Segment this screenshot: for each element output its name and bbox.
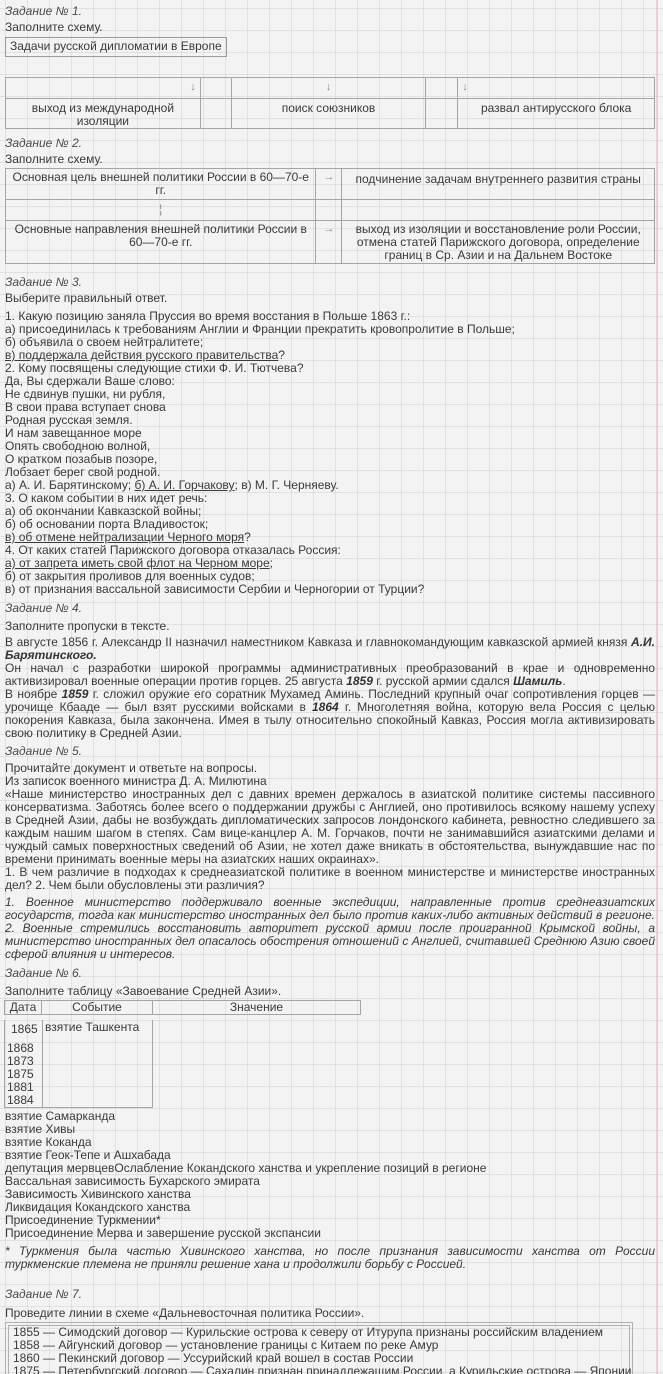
task-3-title: Задание № 3.: [5, 274, 655, 290]
arrow-right-icon: →: [316, 221, 342, 264]
task-6-instruction: Заполните таблицу «Завоевание Средней Аз…: [5, 983, 655, 1000]
task-1: Задание № 1. Заполните схему. Задачи рус…: [5, 3, 655, 57]
task-4-paragraph-1: В августе 1856 г. Александр II назначил …: [5, 636, 655, 662]
far-east-scheme: 1855 — Симодский договор — Курильские ос…: [5, 1322, 633, 1374]
spacer-cell: [200, 78, 231, 99]
spacer-cell: [316, 200, 342, 221]
spacer-cell: [426, 78, 458, 99]
task-4: Задание № 4. Заполните пропуски в тексте…: [5, 600, 655, 740]
filled-blank: 1859: [62, 687, 89, 701]
scheme-item: выход из международной изоляции: [6, 99, 201, 129]
scheme-item: поиск союзников: [231, 99, 426, 129]
arrow-down-icon: ↓: [6, 78, 201, 99]
scheme-label: Основные направления внешней политики Ро…: [6, 221, 316, 264]
date-cell: 1865: [11, 1023, 38, 1036]
scheme-label: Основная цель внешней политики России в …: [6, 169, 316, 200]
task-2-scheme: Основная цель внешней политики России в …: [5, 168, 655, 264]
correct-answer: в) поддержала действия русского правител…: [5, 348, 278, 362]
task-4-paragraph-3: В ноябре 1859 г. сложил оружие его сорат…: [5, 688, 655, 740]
footnote: * Туркмения была частью Хивинского ханст…: [5, 1245, 655, 1271]
task-1-instruction: Заполните схему.: [5, 19, 655, 36]
answer-option: а) А. И. Барятинскому;: [5, 478, 135, 492]
task-5-questions: 1. В чем различие в подходах к среднеази…: [5, 866, 655, 892]
task-4-paragraph-2: Он начал с разработки широкой программы …: [5, 662, 655, 688]
document-quote: «Наше министерство иностранных дел с дав…: [5, 788, 655, 866]
task-2-instruction: Заполните схему.: [5, 151, 655, 168]
text: г. русской армии сдался: [373, 674, 513, 688]
correct-answer: б) А. И. Горчакову: [135, 478, 235, 492]
scheme-value: подчинение задачам внутреннего развития …: [342, 169, 655, 200]
text: .: [562, 674, 565, 688]
correct-answer: а) от запрета иметь свой флот на Черном …: [5, 556, 270, 570]
task-3: Задание № 3. Выберите правильный ответ. …: [5, 274, 655, 596]
task-2-title: Задание № 2.: [5, 135, 655, 151]
date-list: 18681873187518811884: [7, 1042, 34, 1107]
punct: ;: [270, 556, 273, 570]
answer-option: в) от признания вассальной зависимости С…: [5, 583, 655, 596]
answer-option: ; в) М. Г. Черняеву.: [235, 478, 339, 492]
text: В ноябре: [5, 687, 62, 701]
header-meaning: Значение: [153, 1001, 361, 1015]
task-1-scheme: ↓ ↓ ↓ выход из международной изоляции по…: [5, 77, 655, 129]
correct-answer: в) об отмене нейтрализации Черного моря: [5, 530, 244, 544]
dashed-arrow-icon: ¦: [6, 200, 316, 221]
task-4-title: Задание № 4.: [5, 600, 655, 616]
header-event: Событие: [42, 1001, 153, 1015]
task-7: Задание № 7. Проведите линии в схеме «Да…: [5, 1286, 655, 1374]
spacer-cell: [200, 99, 231, 129]
overflow-line: взятие Хивы: [5, 1123, 655, 1136]
task-5: Задание № 5. Прочитайте документ и ответ…: [5, 743, 655, 961]
task-7-title: Задание № 7.: [5, 1286, 655, 1302]
overflow-line: Присоединение Мерва и завершение русской…: [5, 1227, 655, 1240]
treaty-line: 1875 — Петербургский договор — Сахалин п…: [13, 1365, 625, 1374]
scheme-value: выход из изоляции и восстановление роли …: [342, 221, 655, 264]
arrow-right-icon: →: [316, 169, 342, 200]
diplomacy-goals-box: Задачи русской дипломатии в Европе: [5, 37, 227, 57]
arrow-down-icon: ↓: [231, 78, 426, 99]
task-2: Задание № 2. Заполните схему. Основная ц…: [5, 135, 655, 264]
header-date: Дата: [5, 1001, 42, 1015]
filled-blank: 1864: [312, 700, 339, 714]
text: В августе 1856 г. Александр II назначил …: [5, 635, 631, 649]
scheme-item: развал антирусского блока: [458, 99, 655, 129]
punct: ?: [244, 530, 251, 544]
task-5-answer: 1. Военное министерство поддерживало вое…: [5, 896, 655, 961]
task-5-title: Задание № 5.: [5, 743, 655, 759]
task-6: Задание № 6. Заполните таблицу «Завоеван…: [5, 965, 655, 1271]
date-cell: 1884: [7, 1094, 34, 1107]
overflow-text: взятие Самаркандавзятие Хивывзятие Кокан…: [5, 1110, 655, 1240]
filled-blank: Шамиль: [513, 674, 562, 688]
filled-blank: 1859: [346, 674, 373, 688]
conquest-table-body: 1865 взятие Ташкента 1868187318751881188…: [4, 1020, 153, 1108]
spacer-cell: [426, 99, 458, 129]
task-6-title: Задание № 6.: [5, 965, 655, 981]
arrow-down-icon: ↓: [458, 78, 655, 99]
conquest-table-header: Дата Событие Значение: [4, 1000, 361, 1015]
column-divider: [42, 1020, 43, 1107]
event-cell: взятие Ташкента: [45, 1021, 139, 1034]
task-1-title: Задание № 1.: [5, 3, 655, 19]
overflow-line: взятие Самарканда: [5, 1110, 655, 1123]
spacer-cell: [342, 200, 655, 221]
task-4-instruction: Заполните пропуски в тексте.: [5, 618, 655, 635]
task-3-instruction: Выберите правильный ответ.: [5, 290, 655, 307]
conquest-table: Дата Событие Значение 1865 взятие Ташкен…: [5, 1000, 361, 1110]
task-7-instruction: Проведите линии в схеме «Дальневосточная…: [5, 1305, 655, 1322]
far-east-scheme-list: 1855 — Симодский договор — Курильские ос…: [8, 1325, 630, 1374]
punct: ?: [278, 348, 285, 362]
